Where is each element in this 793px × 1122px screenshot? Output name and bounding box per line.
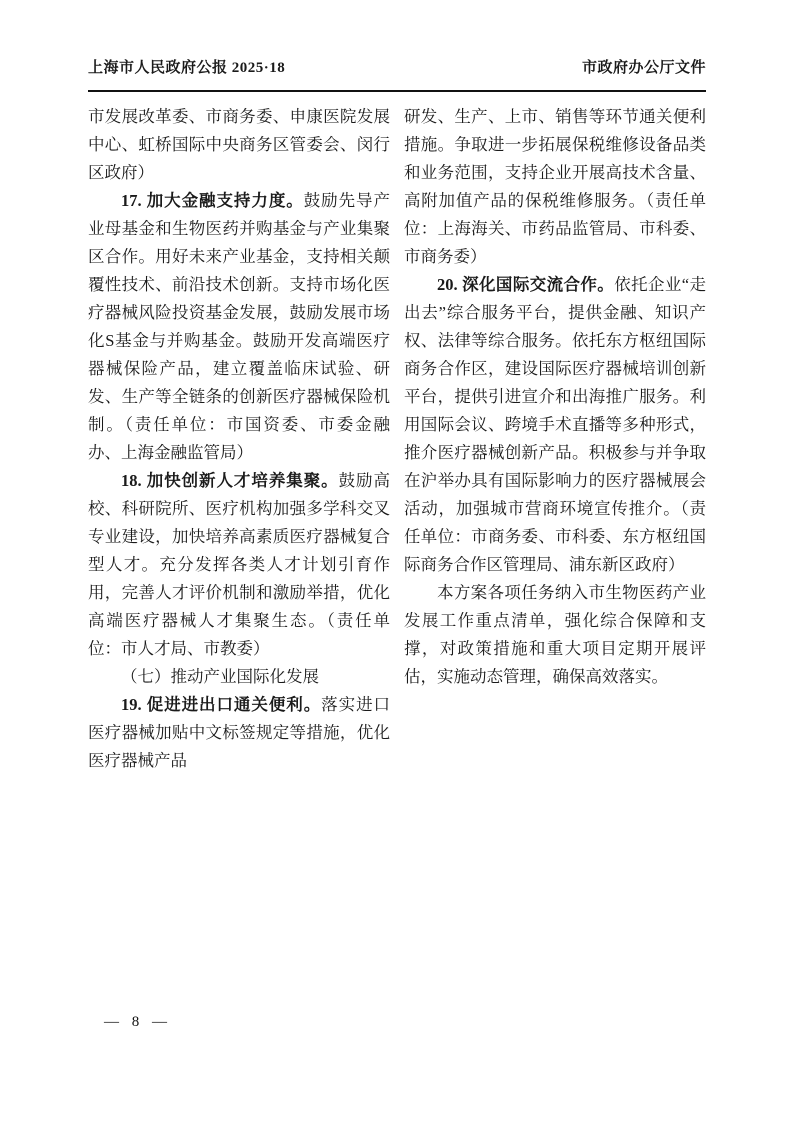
paragraph-item-19: 19. 促进进出口通关便利。落实进口医疗器械加贴中文标签规定等措施，优化医疗器械… [88,691,390,775]
item-19-title: 19. 促进进出口通关便利。 [121,695,321,714]
gazette-page: 上海市人民政府公报 2025·18 市政府办公厅文件 市发展改革委、市商务委、申… [0,0,793,1122]
paragraph-item-17: 17. 加大金融支持力度。鼓励先导产业母基金和生物医药并购基金与产业集聚区合作。… [88,187,390,467]
item-20-title: 20. 深化国际交流合作。 [437,275,614,294]
paragraph-continuation: 市发展改革委、市商务委、申康医院发展中心、虹桥国际中央商务区管委会、闵行区政府） [88,103,390,187]
paragraph-item-19-continuation: 研发、生产、上市、销售等环节通关便利措施。争取进一步拓展保税维修设备品类和业务范… [404,103,706,271]
page-header: 上海市人民政府公报 2025·18 市政府办公厅文件 [88,58,706,92]
two-column-body: 市发展改革委、市商务委、申康医院发展中心、虹桥国际中央商务区管委会、闵行区政府）… [88,103,706,775]
paragraph-item-18: 18. 加快创新人才培养集聚。鼓励高校、科研院所、医疗机构加强多学科交叉专业建设… [88,467,390,663]
left-column: 市发展改革委、市商务委、申康医院发展中心、虹桥国际中央商务区管委会、闵行区政府）… [88,103,390,775]
gazette-title: 上海市人民政府公报 2025·18 [88,58,285,79]
item-18-title: 18. 加快创新人才培养集聚。 [121,471,339,490]
right-column: 研发、生产、上市、销售等环节通关便利措施。争取进一步拓展保税维修设备品类和业务范… [404,103,706,775]
document-category: 市政府办公厅文件 [582,58,706,79]
page-number: — 8 — [104,1014,167,1031]
section-heading-7: （七）推动产业国际化发展 [88,663,390,691]
paragraph-closing: 本方案各项任务纳入市生物医药产业发展工作重点清单，强化综合保障和支撑，对政策措施… [404,579,706,691]
paragraph-item-20: 20. 深化国际交流合作。依托企业“走出去”综合服务平台，提供金融、知识产权、法… [404,271,706,579]
item-17-title: 17. 加大金融支持力度。 [121,191,304,210]
